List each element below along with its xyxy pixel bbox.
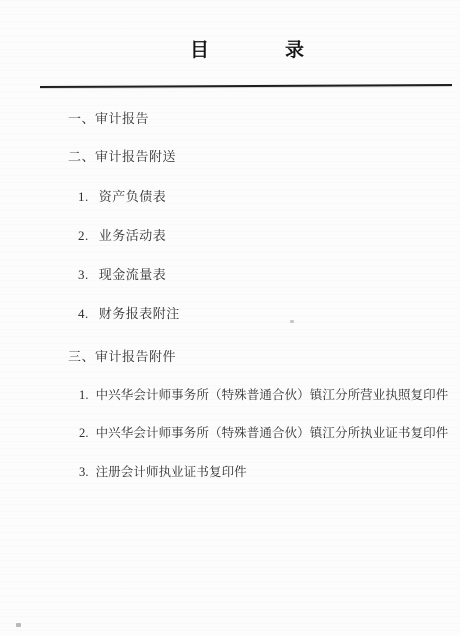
entry-label: 审计报告附件	[95, 349, 176, 364]
toc-entry-audit-report: 一、 审计报告	[68, 111, 149, 126]
entry-marker: 2.	[79, 426, 89, 441]
entry-marker: 3.	[78, 267, 89, 282]
toc-entry-business-license-copy: 1. 中兴华会计师事务所（特殊普通合伙）镇江分所营业执照复印件	[79, 388, 448, 403]
entry-marker: 1.	[79, 388, 89, 403]
toc-entry-activity-statement: 2. 业务活动表	[78, 228, 166, 243]
entry-label: 财务报表附注	[99, 306, 180, 321]
title-char-lu: 录	[285, 40, 304, 60]
toc-entry-cash-flow-statement: 3. 现金流量表	[78, 267, 166, 282]
toc-entry-cpa-certificate-copy: 3. 注册会计师执业证书复印件	[79, 465, 247, 480]
toc-entry-audit-report-attachments: 三、 审计报告附件	[68, 349, 176, 364]
title-underline-rule	[40, 84, 452, 88]
entry-marker: 三、	[68, 349, 95, 364]
entry-label: 资产负债表	[99, 189, 167, 204]
entry-label: 业务活动表	[99, 228, 167, 243]
entry-marker: 1.	[78, 189, 89, 204]
toc-entry-audit-report-enclosures: 二、 审计报告附送	[68, 149, 176, 164]
scan-artifact-speck	[16, 623, 21, 627]
entry-label: 中兴华会计师事务所（特殊普通合伙）镇江分所营业执照复印件	[96, 388, 449, 403]
entry-label: 审计报告	[95, 111, 149, 126]
toc-entry-balance-sheet: 1. 资产负债表	[78, 189, 166, 204]
title-char-mu: 目	[190, 40, 209, 60]
scan-artifact-speck	[290, 320, 294, 323]
entry-marker: 2.	[78, 228, 89, 243]
entry-label: 审计报告附送	[95, 149, 176, 164]
page-title: 目 录	[0, 40, 460, 60]
entry-label: 中兴华会计师事务所（特殊普通合伙）镇江分所执业证书复印件	[96, 426, 449, 441]
entry-label: 注册会计师执业证书复印件	[96, 465, 247, 480]
entry-marker: 3.	[79, 465, 89, 480]
entry-marker: 一、	[68, 111, 95, 126]
entry-marker: 4.	[78, 306, 89, 321]
scanned-page: 目 录 一、 审计报告 二、 审计报告附送 1. 资产负债表 2. 业务活动表 …	[0, 0, 460, 636]
toc-entry-practice-certificate-copy: 2. 中兴华会计师事务所（特殊普通合伙）镇江分所执业证书复印件	[79, 426, 448, 441]
entry-label: 现金流量表	[99, 267, 167, 282]
entry-marker: 二、	[68, 149, 95, 164]
toc-entry-financial-notes: 4. 财务报表附注	[78, 306, 180, 321]
